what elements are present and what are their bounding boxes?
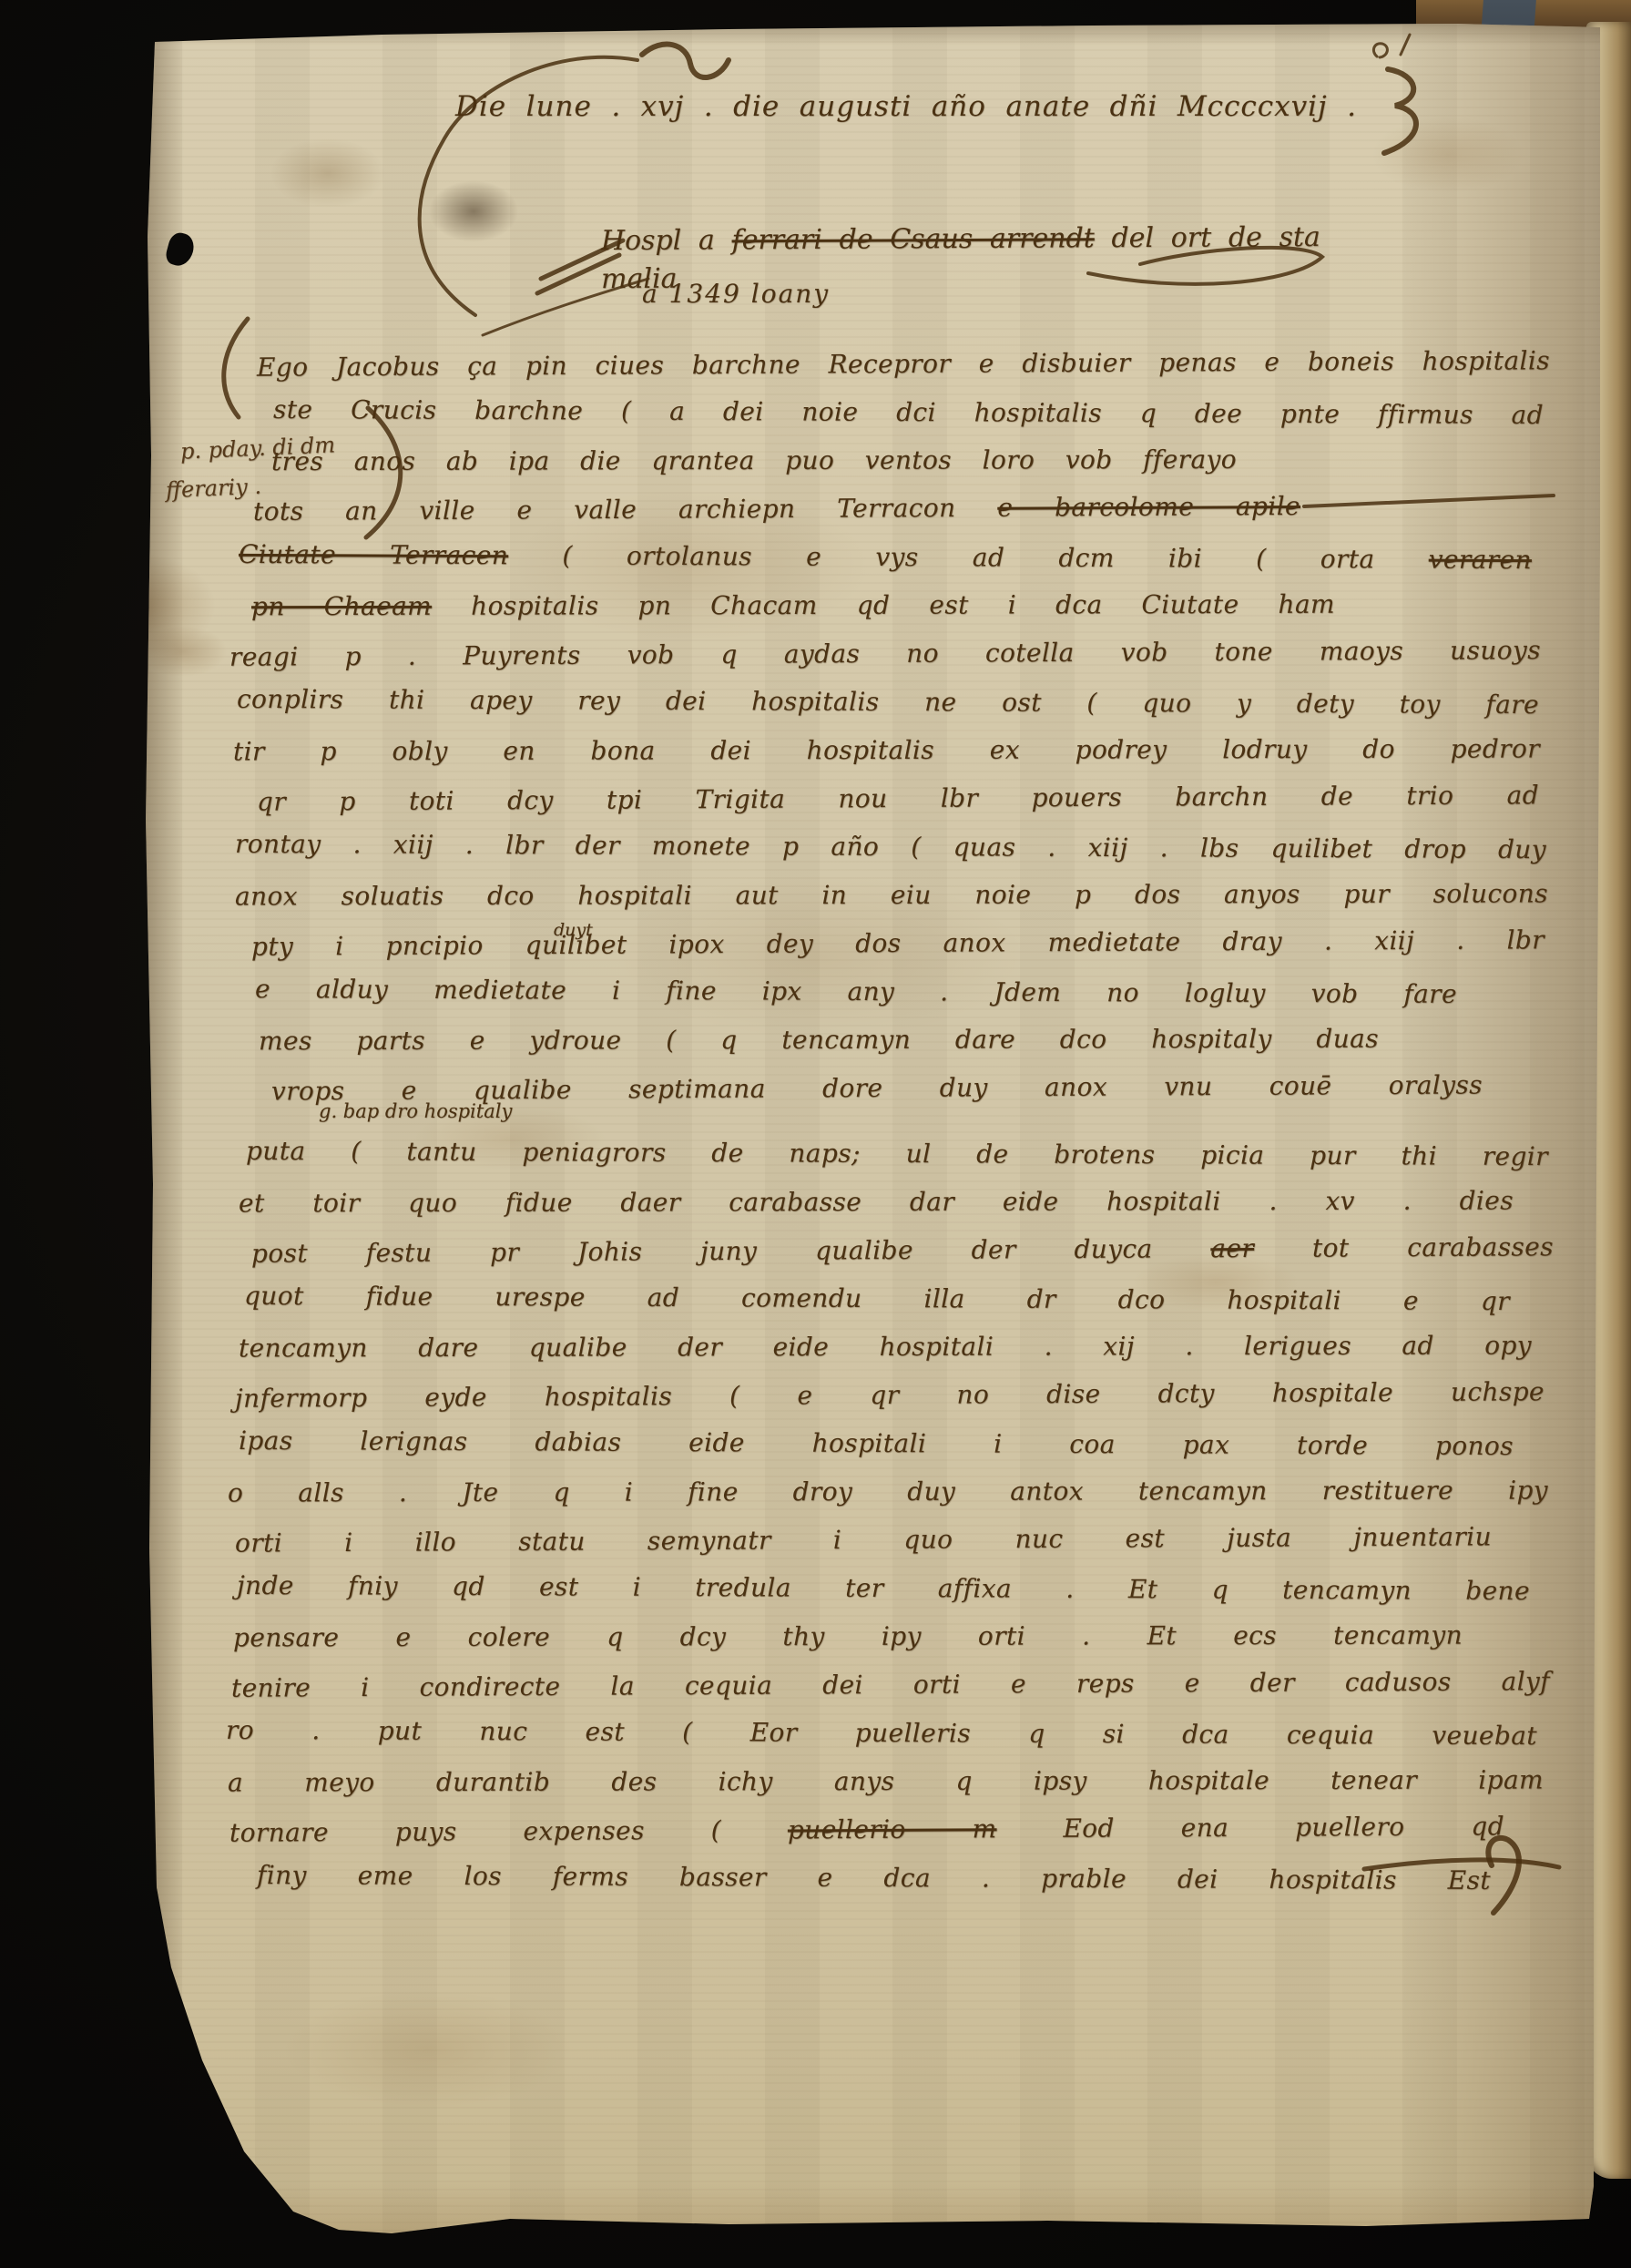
body-line: Ego Jacobus ça pin ciues barchne Recepro… <box>257 342 1550 385</box>
body-line-struck: pn Chaeam <box>251 591 432 621</box>
body-line: qr p toti dcy tpi Trigita nou lbr pouers… <box>257 777 1539 820</box>
body-line: pty i pncipio quilibet ipox dey dos anox… <box>251 922 1544 965</box>
body-line: tots an ville e valle archiepn Terracon … <box>253 488 1300 530</box>
photograph-backdrop: Die lune . xvj . die augusti año anate d… <box>0 0 1631 2268</box>
body-line-struck: e barcolome apile <box>997 491 1300 523</box>
body-line: e alduy medietate i fine ipx any . Jdem … <box>255 971 1457 1013</box>
body-line: ste Crucis barchne ( a dei noie dci hosp… <box>273 392 1544 434</box>
body-line: jnde fniy qd est i tredula ter affixa . … <box>237 1568 1530 1609</box>
body-line: ipas lerignas dabias eide hospitali i co… <box>239 1423 1514 1465</box>
body-line: reagi p . Puyrents vob q aydas no cotell… <box>229 632 1541 676</box>
body-line-segment: tots an ville e valle archiepn Terracon <box>253 493 997 526</box>
body-line: puta ( tantu peniagrors de naps; ul de b… <box>246 1133 1548 1175</box>
rubric-prefix: Hospl a <box>601 224 732 257</box>
body-line-struck: aer <box>1210 1233 1254 1263</box>
body-line: orti i illo statu semynatr i quo nuc est… <box>235 1518 1492 1561</box>
body-line: quot fidue urespe ad comendu illa dr dco… <box>244 1278 1510 1320</box>
body-line: finy eme los ferms basser e dca . prable… <box>257 1857 1491 1899</box>
body-line: pn Chaeam hospitalis pn Chacam qd est i … <box>251 587 1335 625</box>
body-line: tornare puys expenses ( puellerio m Eod … <box>229 1808 1504 1851</box>
body-line: Ciutate Terracen ( ortolanus e vys ad dc… <box>239 536 1532 578</box>
body-line-segment: Eod ena puellero qd <box>996 1811 1504 1844</box>
edge-speck <box>84 1673 97 1698</box>
margin-note-line2: fferariy . <box>165 474 261 504</box>
body-line: jnfermorp eyde hospitalis ( e qr no dise… <box>235 1374 1544 1417</box>
body-line: tenire i condirecte la cequia dei orti e… <box>231 1663 1550 1707</box>
body-line-segment: hospitalis pn Chacam qd est i dca Ciutat… <box>432 589 1335 621</box>
body-line: rontay . xiij . lbr der monete p año ( q… <box>235 826 1546 868</box>
body-line: o alls . Jte q i fine droy duy antox ten… <box>228 1472 1548 1511</box>
body-line: mes parts e ydroue ( q tencamyn dare dco… <box>259 1021 1379 1060</box>
body-line: vrops e qualibe septimana dore duy anox … <box>271 1068 1483 1110</box>
rubric-struck-text: ferrari de Csaus arrendt <box>731 222 1094 256</box>
body-line-segment: tot carabasses <box>1254 1231 1554 1263</box>
body-line: pensare e colere q dcy thy ipy orti . Et… <box>233 1618 1463 1657</box>
body-line-segment: tornare puys expenses ( <box>229 1814 788 1847</box>
left-edge-shadow <box>146 36 184 2213</box>
body-line: tres anos ab ipa die qrantea puo ventos … <box>271 442 1237 480</box>
top-edge-shadow <box>146 22 1603 46</box>
body-line: post festu pr Johis juny qualibe der duy… <box>251 1229 1554 1272</box>
body-line: et toir quo fidue daer carabasse dar eid… <box>239 1183 1514 1222</box>
body-line-segment: post festu pr Johis juny qualibe der duy… <box>251 1233 1211 1269</box>
body-line-segment: ( ortolanus e vys ad dcm ibi ( orta <box>508 540 1429 574</box>
body-line-struck: Ciutate Terracen <box>239 539 508 570</box>
body-line: tir p obly en bona dei hospitalis ex pod… <box>233 730 1540 770</box>
body-line: anox soluatis dco hospitali aut in eiu n… <box>235 875 1548 914</box>
rubric-subline: a 1349 loany <box>642 279 830 309</box>
body-line: a meyo durantib des ichy anys q ipsy hos… <box>228 1762 1544 1801</box>
body-line: conplirs thi apey rey dei hospitalis ne … <box>237 681 1539 723</box>
body-line: ro . put nuc est ( Eor puelleris q si dc… <box>226 1712 1537 1754</box>
body-line-struck: veraren <box>1429 545 1532 575</box>
body-line: tencamyn dare qualibe der eide hospitali… <box>239 1328 1532 1367</box>
manuscript-page: Die lune . xvj . die augusti año anate d… <box>0 0 1631 2268</box>
body-line-struck: puellerio m <box>788 1813 997 1844</box>
heading-dateline: Die lune . xvj . die augusti año anate d… <box>455 87 1357 127</box>
